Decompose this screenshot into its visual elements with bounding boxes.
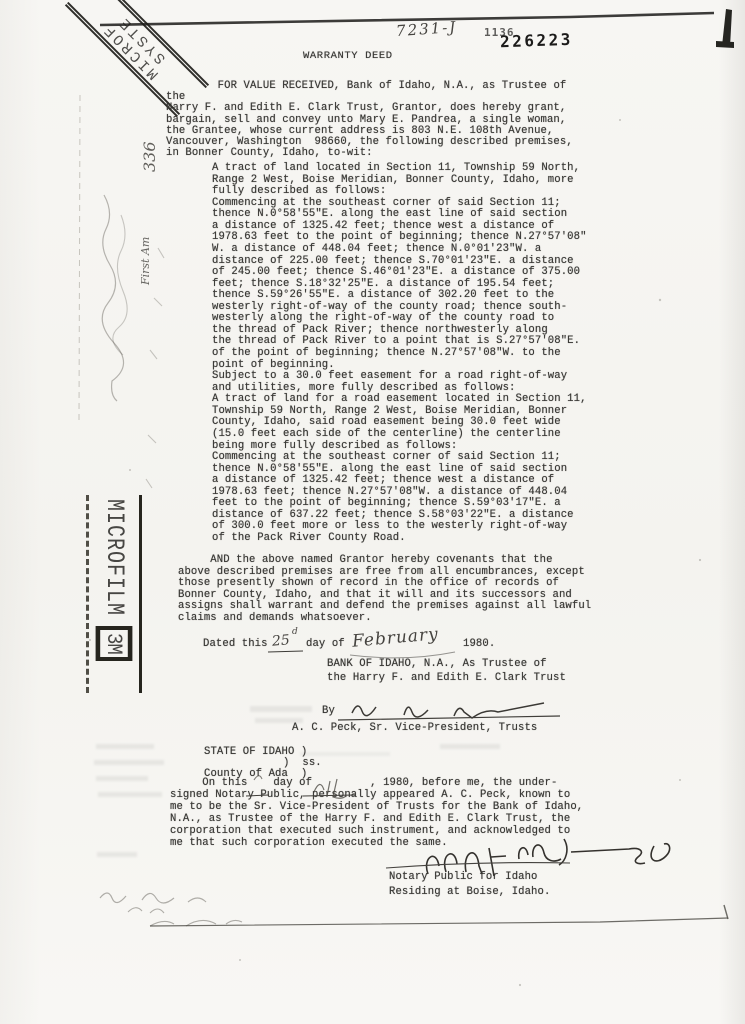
margin-scrawl	[102, 195, 123, 401]
toner-speckles	[89, 119, 701, 986]
top-right-corner-mark	[716, 9, 734, 48]
notary-signature-rule-line	[386, 863, 570, 868]
notary-signature	[427, 839, 670, 876]
top-scan-edge-line	[100, 13, 714, 25]
bottom-scan-tick	[724, 905, 728, 919]
signer-signature	[352, 703, 544, 718]
dated-month-swash	[350, 652, 455, 658]
bottom-scan-line	[150, 918, 728, 926]
signature-rule-line	[338, 716, 560, 720]
left-fold-line	[79, 95, 80, 420]
scanned-warranty-deed-page: MICROF SYSTE 7231-J 1136 226223 WARRANTY…	[0, 0, 745, 1024]
stray-pen-marks	[146, 248, 164, 488]
scan-artifact-overlay	[0, 0, 745, 1024]
bottom-left-scrawl	[100, 893, 242, 926]
handwritten-day-scribble	[254, 776, 262, 780]
dated-day-underline	[268, 651, 303, 652]
acknowledgment-blank-underlines	[246, 795, 355, 796]
